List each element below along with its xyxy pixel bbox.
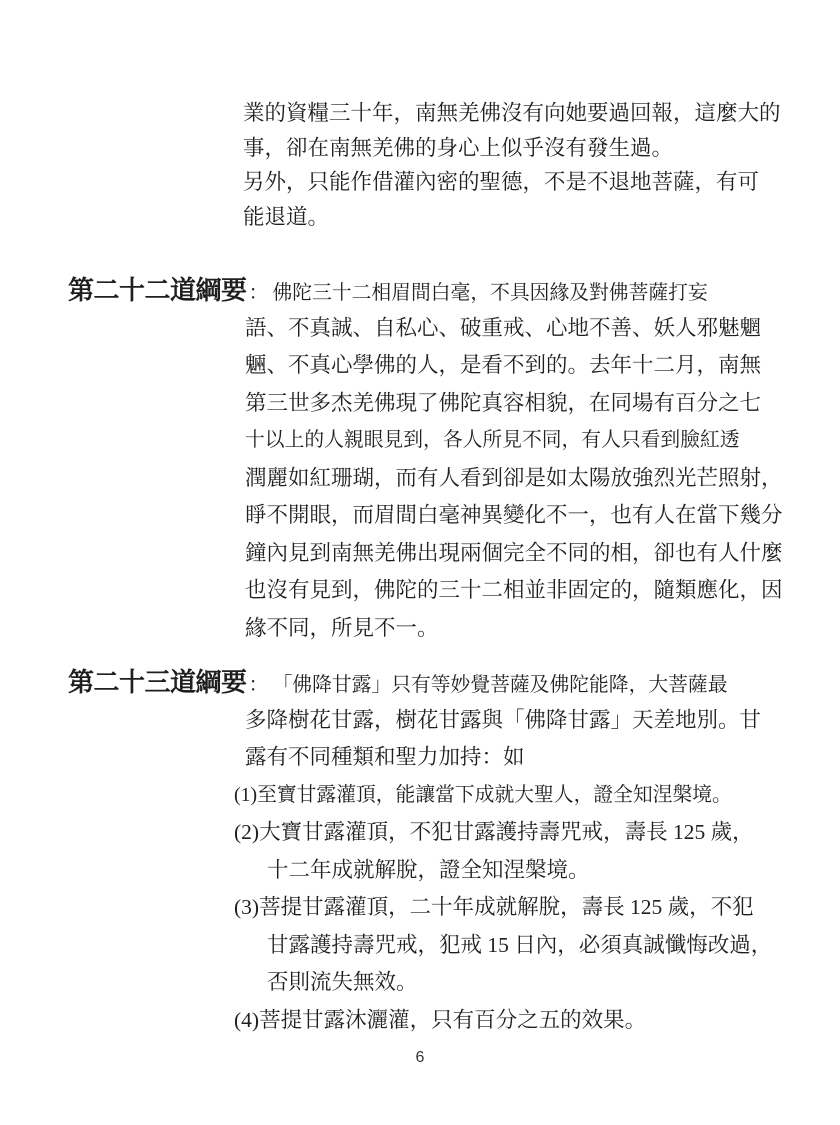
text-line: 事，卻在南無羌佛的身心上似乎沒有發生過。 [243, 131, 781, 166]
text-line: 緣不同，所見不一。 [245, 610, 783, 648]
text-line: 潤麗如紅珊瑚，而有人看到卻是如太陽放強烈光芒照射， [245, 460, 783, 498]
text-line: 睜不開眼，而眉間白毫神異變化不一，也有人在當下幾分 [245, 497, 783, 535]
section-23-body: 多降樹花甘露，樹花甘露與「佛降甘露」天差地別。甘 露有不同種類和聖力加持：如 (… [245, 702, 772, 1040]
list-item-3-continuation: 甘露護持壽咒戒，犯戒 15 日內，必須真誠懺悔改過， [267, 927, 772, 965]
text-line: 也沒有見到，佛陀的三十二相並非固定的，隨類應化，因 [245, 572, 783, 610]
list-item-1: (1)至寶甘露灌頂，能讓當下成就大聖人，證全知涅槃境。 [234, 777, 772, 815]
text-line: 「佛降甘露」只有等妙覺菩薩及佛陀能降，大菩薩最 [273, 667, 728, 705]
document-page: 業的資糧三十年，南無羌佛沒有向她要過回報，這麼大的 事，卻在南無羌佛的身心上似乎… [0, 0, 840, 1125]
text-line: 十以上的人親眼見到，各人所見不同，有人只看到臉紅透 [245, 422, 783, 460]
section-outline-22: 第二十二道綱要 ： 佛陀三十二相眉間白毫，不具因緣及對佛菩薩打妄 語、不真誠、自… [68, 272, 783, 647]
text-line: 業的資糧三十年，南無羌佛沒有向她要過回報，這麼大的 [243, 96, 781, 131]
text-line: 露有不同種類和聖力加持：如 [245, 739, 772, 777]
text-line: 語、不真誠、自私心、破重戒、心地不善、妖人邪魅魍 [245, 310, 783, 348]
section-22-heading: 第二十二道綱要 [68, 272, 247, 310]
section-23-heading: 第二十三道綱要 [68, 664, 247, 702]
list-item-2: (2)大寶甘露灌頂，不犯甘露護持壽咒戒，壽長 125 歲， [234, 814, 772, 852]
section-22-heading-row: 第二十二道綱要 ： 佛陀三十二相眉間白毫，不具因緣及對佛菩薩打妄 [68, 272, 783, 310]
section-outline-23: 第二十三道綱要 ： 「佛降甘露」只有等妙覺菩薩及佛陀能降，大菩薩最 多降樹花甘露… [68, 664, 772, 1039]
text-line: 多降樹花甘露，樹花甘露與「佛降甘露」天差地別。甘 [245, 702, 772, 740]
list-item-4: (4)菩提甘露沐灑灌，只有百分之五的效果。 [234, 1002, 772, 1040]
text-line: 佛陀三十二相眉間白毫，不具因緣及對佛菩薩打妄 [273, 275, 708, 313]
list-item-3: (3)菩提甘露灌頂，二十年成就解脫，壽長 125 歲，不犯 [234, 889, 772, 927]
text-line: 鐘內見到南無羌佛出現兩個完全不同的相，卻也有人什麼 [245, 535, 783, 573]
section-23-colon: ： [249, 667, 269, 705]
list-item-2-continuation: 十二年成就解脫，證全知涅槃境。 [267, 852, 772, 890]
text-line: 第三世多杰羌佛現了佛陀真容相貌，在同場有百分之七 [245, 385, 783, 423]
section-22-colon: ： [249, 275, 269, 313]
section-22-body: 語、不真誠、自私心、破重戒、心地不善、妖人邪魅魍 魎、不真心學佛的人，是看不到的… [245, 310, 783, 648]
page-number: 6 [0, 1049, 840, 1067]
text-line: 魎、不真心學佛的人，是看不到的。去年十二月，南無 [245, 347, 783, 385]
section-23-heading-row: 第二十三道綱要 ： 「佛降甘露」只有等妙覺菩薩及佛陀能降，大菩薩最 [68, 664, 772, 702]
text-line: 能退道。 [243, 200, 781, 235]
intro-paragraph: 業的資糧三十年，南無羌佛沒有向她要過回報，這麼大的 事，卻在南無羌佛的身心上似乎… [243, 96, 781, 235]
text-line: 另外，只能作借灌內密的聖德，不是不退地菩薩，有可 [243, 165, 781, 200]
list-item-3-continuation: 否則流失無效。 [267, 964, 772, 1002]
